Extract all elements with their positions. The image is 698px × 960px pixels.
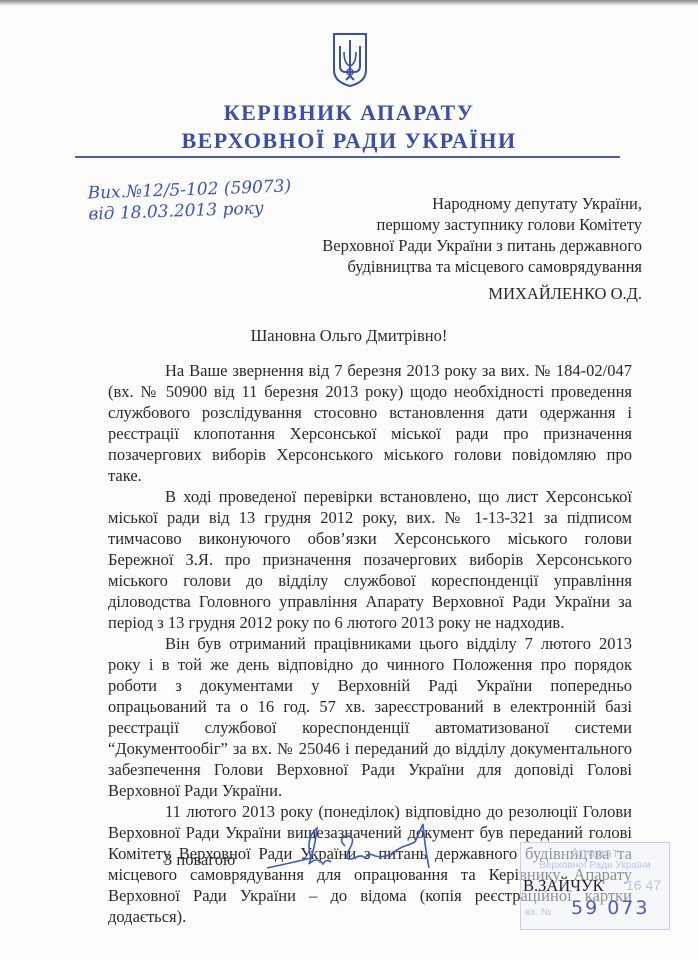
handwritten-outgoing-reference: Вих.№12/5-102 (59073) від 18.03.2013 рок… [87, 176, 292, 225]
body-paragraph: Він був отриманий працівниками цього від… [108, 633, 632, 801]
stamp-time: 16 47 [626, 877, 661, 893]
stamp-org-line1: Апарат [521, 845, 669, 860]
signer-name: В.ЗАЙЧУК [523, 876, 604, 896]
scan-edge-shadow [0, 0, 698, 6]
letterhead-divider [75, 156, 620, 158]
closing-regards: З повагою [164, 850, 235, 870]
coat-of-arms-icon [332, 32, 368, 88]
org-title-line1: КЕРІВНИК АПАРАТУ [0, 100, 698, 126]
stamp-org-line2: Верховної Ради України [521, 860, 669, 871]
addressee-line: Народному депутату України, [322, 193, 642, 214]
addressee-line: будівництва та місцевого самоврядування [322, 256, 642, 277]
stamp-incoming-number: 59 073 [571, 897, 649, 919]
org-title-line2: ВЕРХОВНОЇ РАДИ УКРАЇНИ [0, 128, 698, 154]
addressee-block: Народному депутату України, першому заст… [322, 193, 642, 277]
recipient-name: МИХАЙЛЕНКО О.Д. [488, 284, 642, 304]
signature-icon [265, 818, 445, 878]
addressee-line: Верховної Ради України з питань державно… [322, 235, 642, 256]
addressee-line: першому заступнику голови Комітету [322, 214, 642, 235]
body-paragraph: На Ваше звернення від 7 березня 2013 рок… [108, 360, 632, 486]
stamp-incoming-label: вх. № [525, 907, 552, 918]
salutation: Шановна Ольго Дмитрівно! [0, 326, 698, 346]
body-paragraph: В ході проведеної перевірки встановлено,… [108, 486, 632, 633]
